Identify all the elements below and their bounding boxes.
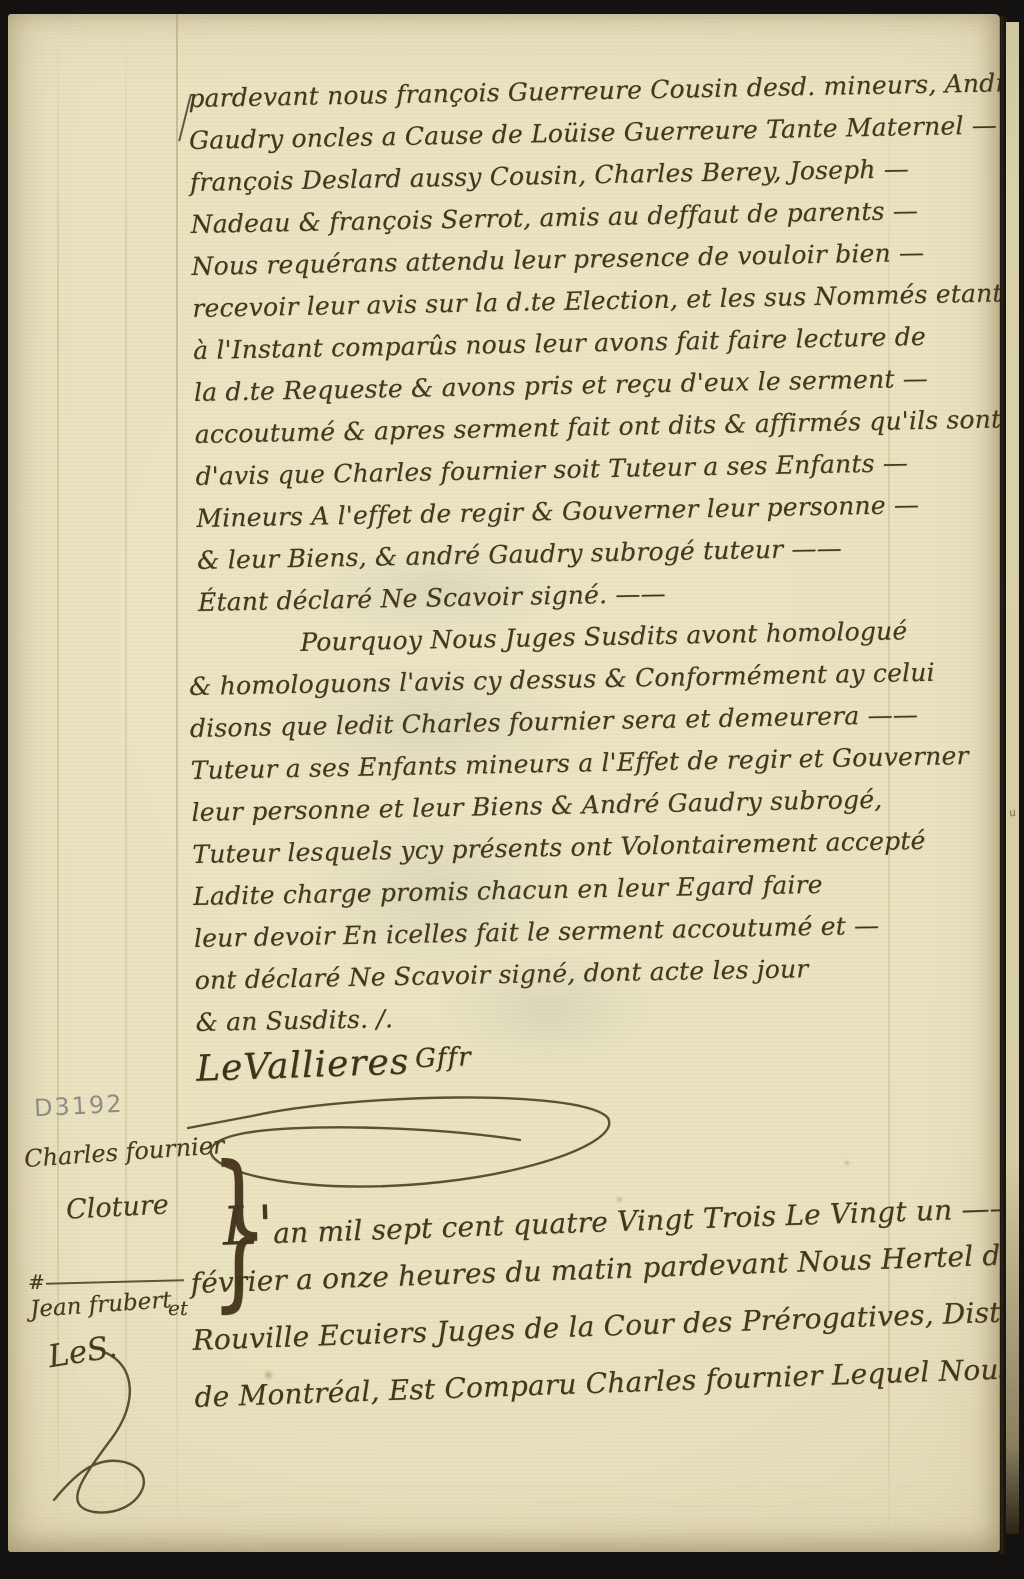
paper-fold-line — [57, 14, 59, 1552]
advice-paragraph: pardevant nous françois Guerreure Cousin… — [188, 69, 998, 630]
margin-hash-mark: # — [28, 1270, 45, 1294]
homologation-paragraph: Pourquoy Nous Juges Susdits avont homolo… — [188, 615, 996, 1050]
archive-code-pencil: D3192 — [33, 1090, 124, 1123]
next-page-edge — [1006, 22, 1019, 1534]
margin-insert-word: et — [168, 1296, 188, 1320]
clerk-paraph-flourish — [42, 1350, 182, 1520]
judge-signature: LeVallieresGffr — [195, 1039, 472, 1090]
manuscript-page: pardevant nous françois Guerreure Cousin… — [8, 14, 1000, 1552]
margin-rule-line — [176, 14, 178, 1552]
closure-opening-paragraph: L'an mil sept cent quatre Vingt Trois Le… — [188, 1182, 1000, 1438]
ink-spot — [844, 1160, 850, 1166]
judge-signature-name: LeVallieres — [195, 1041, 410, 1089]
paper-fold-line — [125, 14, 127, 1552]
photo-background: pardevant nous françois Guerreure Cousin… — [0, 0, 1024, 1579]
judge-signature-suffix: Gffr — [415, 1042, 472, 1074]
margin-closure-label: Cloture — [65, 1189, 169, 1225]
margin-witness-name: Jean frubert — [29, 1287, 172, 1323]
margin-rule-stroke — [46, 1279, 184, 1285]
